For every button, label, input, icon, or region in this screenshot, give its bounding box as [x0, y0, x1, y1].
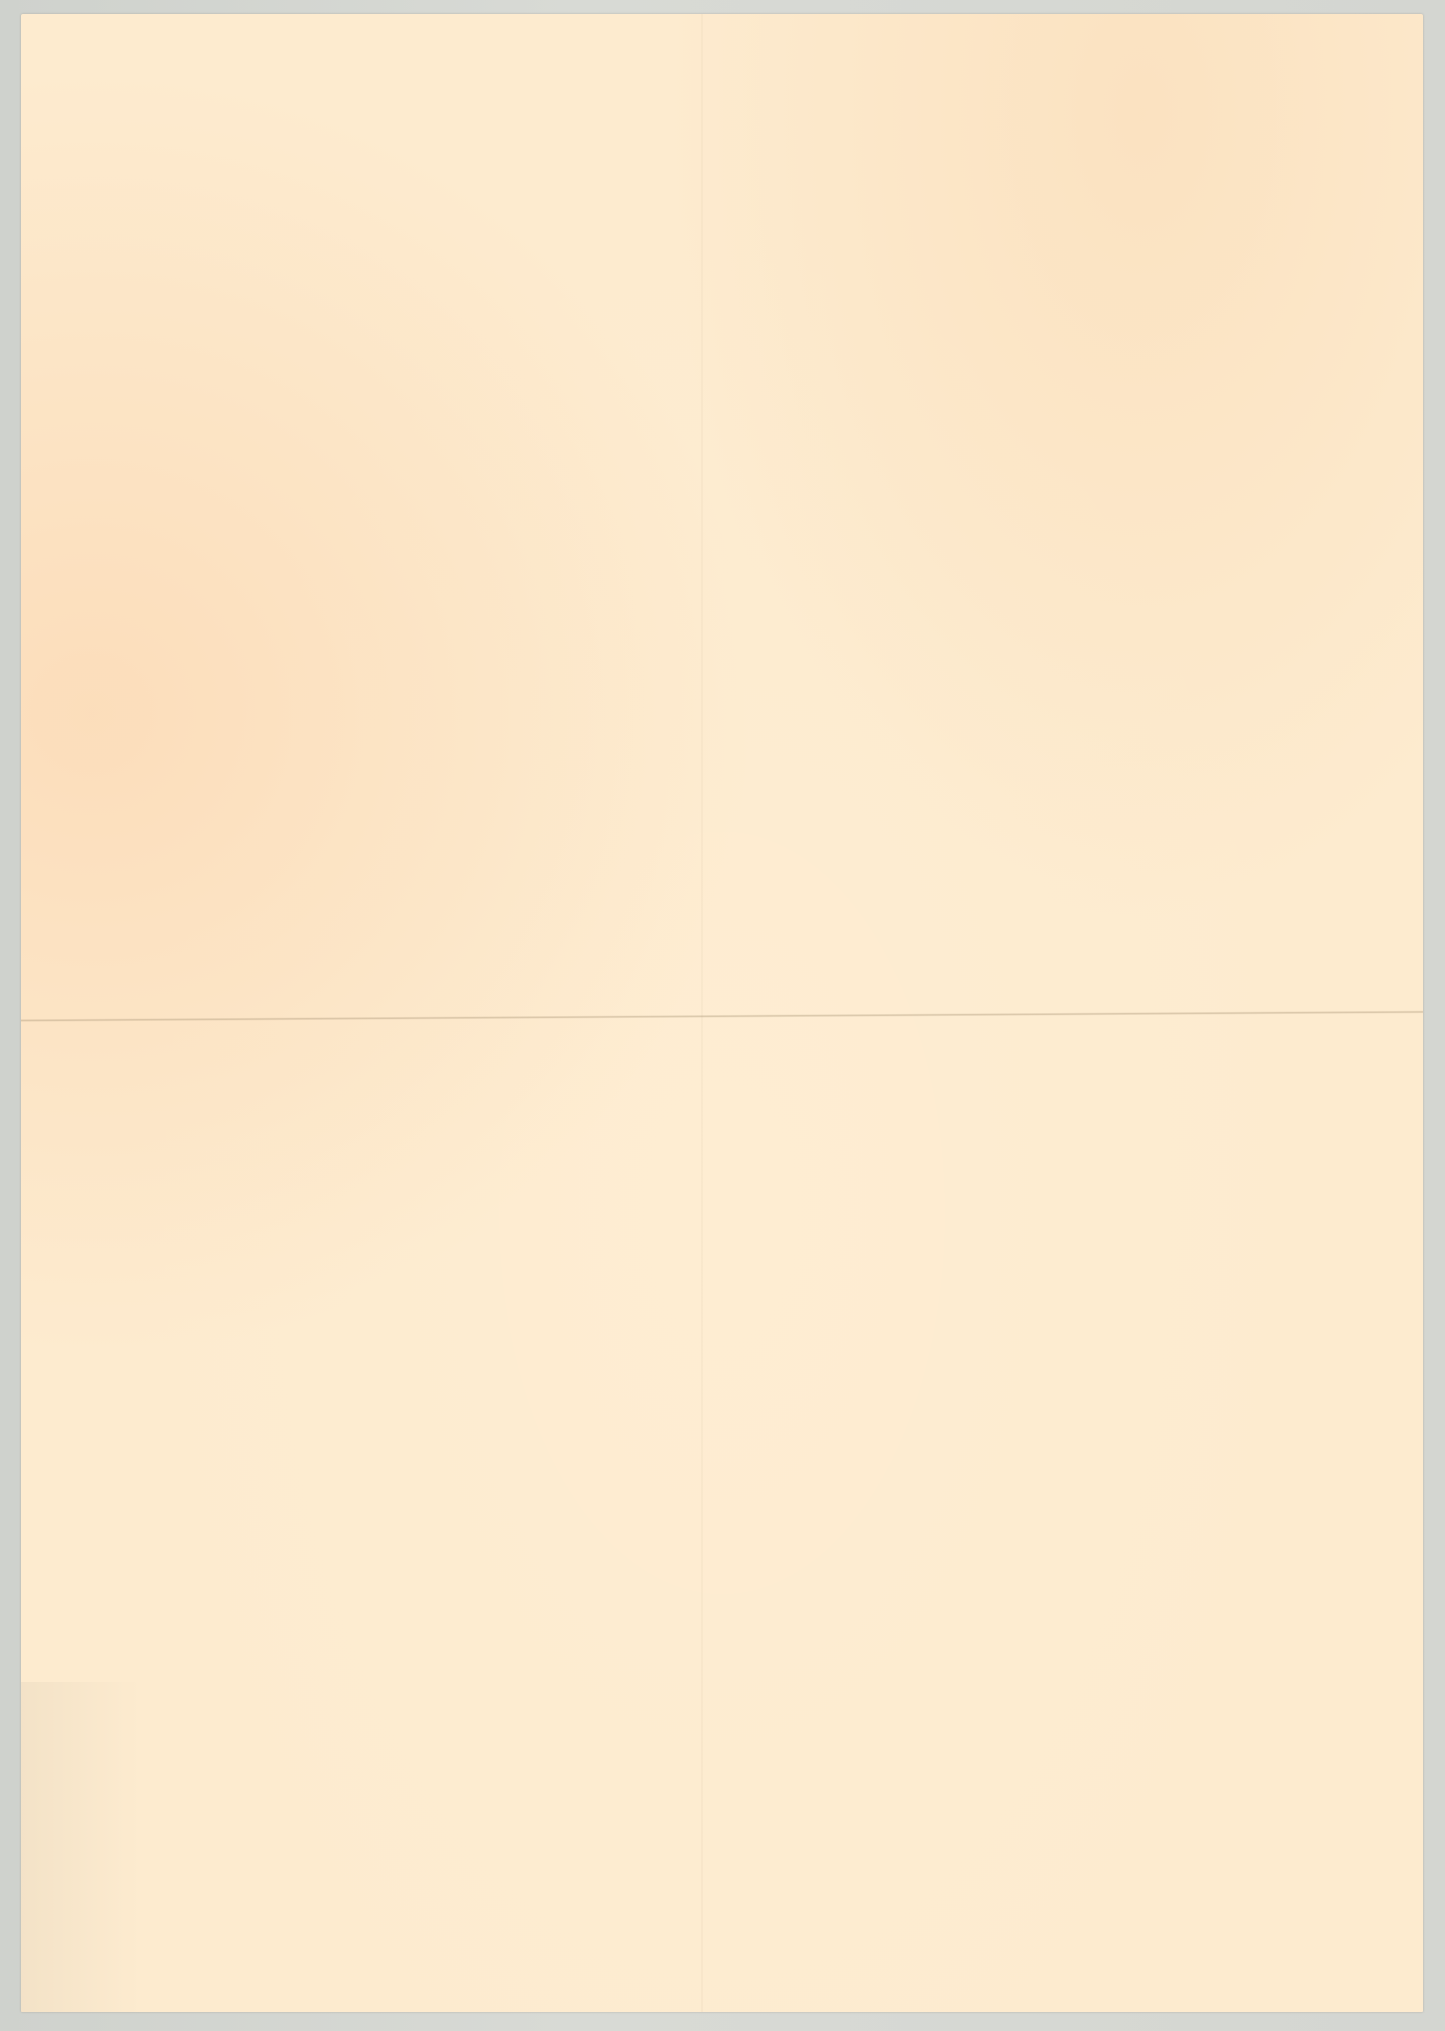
edge-shading: [21, 1682, 141, 2012]
paper-sheet: [21, 14, 1423, 2012]
vertical-crease: [701, 14, 703, 2012]
horizontal-fold-crease: [21, 1010, 1423, 1022]
